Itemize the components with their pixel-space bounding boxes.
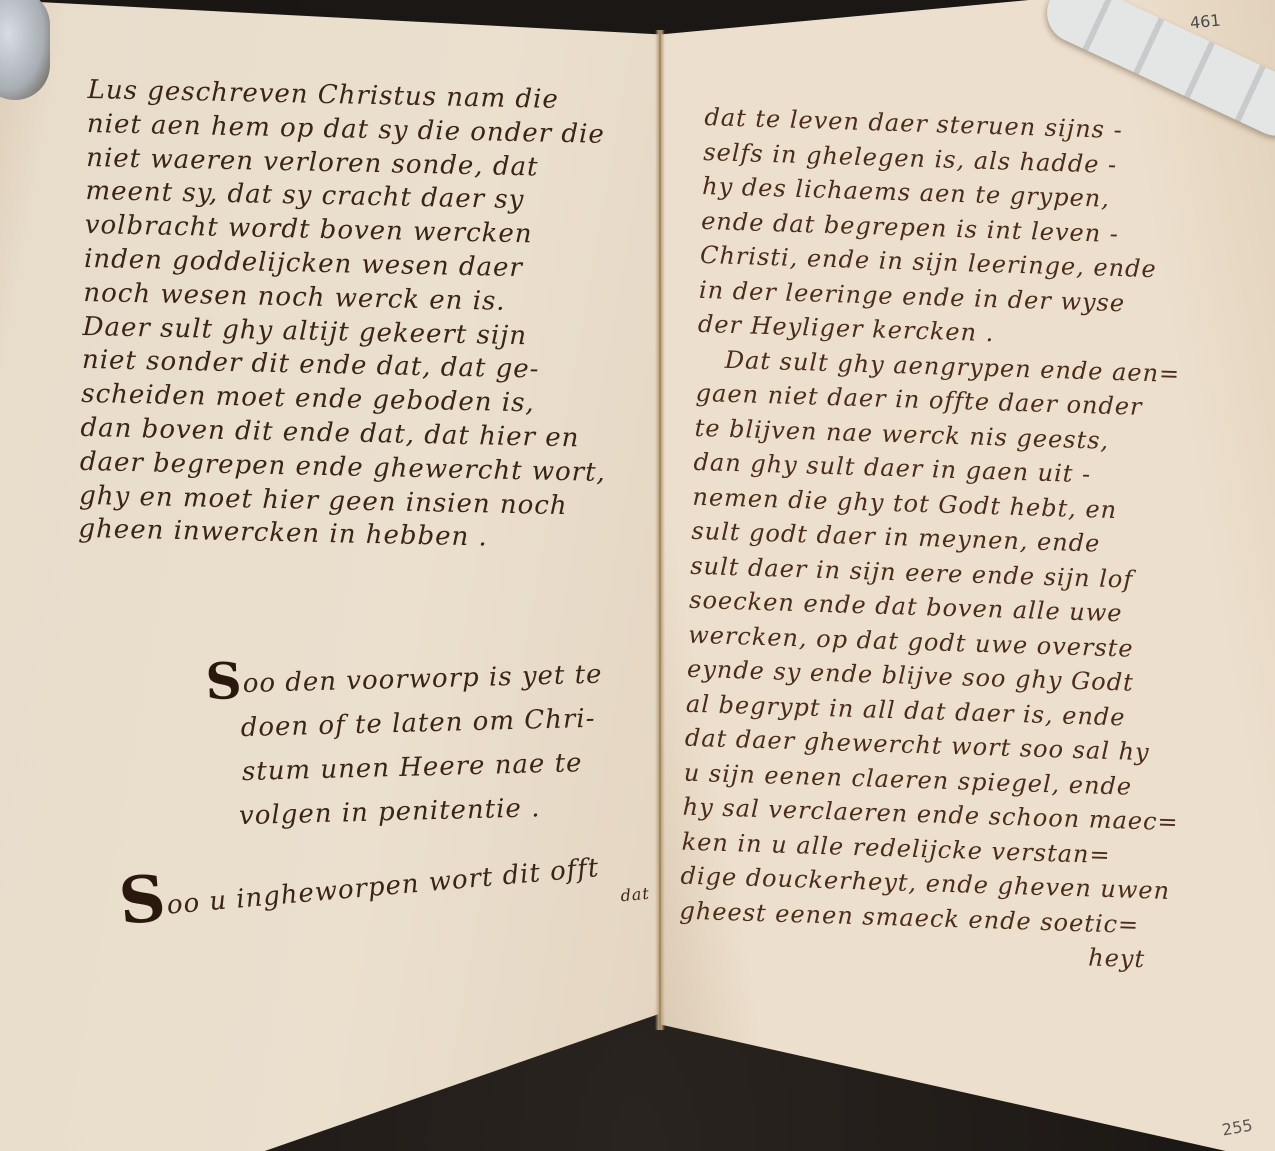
heading-text: oo den voorworp is yet te <box>242 660 602 699</box>
book-weight-left <box>0 0 50 100</box>
section-heading-1: Soo den voorworp is yet te doen of te la… <box>205 650 606 839</box>
book-gutter <box>655 30 665 1030</box>
right-page-text: dat te leven daer steruen sijns - selfs … <box>678 100 1201 978</box>
decorated-initial: S <box>205 651 244 711</box>
decorated-initial: S <box>116 861 170 940</box>
folio-number-top: 461 <box>1189 10 1221 32</box>
left-page-text: Lus geschreven Christus nam die niet aen… <box>78 74 614 558</box>
